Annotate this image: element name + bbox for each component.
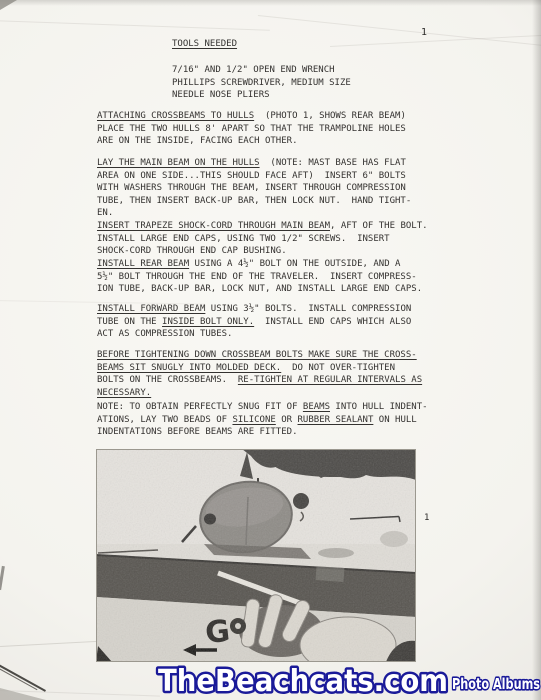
text-line: NOTE: TO OBTAIN PERFECTLY SNUG FIT OF BE… xyxy=(97,401,428,414)
text-segment: WITH WASHERS THROUGH THE BEAM, INSERT TH… xyxy=(97,183,406,193)
text-line: ION TUBE, BACK-UP BAR, LOCK NUT, AND INS… xyxy=(97,283,422,296)
text-segment: EN. xyxy=(97,208,113,218)
heading-text: TOOLS NEEDED xyxy=(172,39,237,49)
text-line: TUBE, THEN INSERT BACK-UP BAR, THEN LOCK… xyxy=(97,195,411,208)
text-line: PLACE THE TWO HULLS 8' APART SO THAT THE… xyxy=(97,123,406,136)
text-line: EN. xyxy=(97,207,411,220)
tool-item: 7/16" AND 1/2" OPEN END WRENCH xyxy=(172,64,351,77)
text-segment: ON HULL xyxy=(373,415,416,425)
text-line: AREA ON ONE SIDE...THIS SHOULD FACE AFT)… xyxy=(97,170,411,183)
text-segment: BEAMS xyxy=(303,402,330,412)
text-line: INSTALL FORWARD BEAM USING 3½" BOLTS. IN… xyxy=(97,303,411,316)
text-segment: INSTALL REAR BEAM xyxy=(97,259,189,269)
paragraph-trapeze-shockcord: INSERT TRAPEZE SHOCK-CORD THROUGH MAIN B… xyxy=(97,220,428,258)
paper-edge-shadow-top xyxy=(0,0,541,6)
watermark: TheBeachcats.com Photo Albums xyxy=(140,656,541,700)
text-segment: SHOCK-CORD THROUGH END CAP BUSHING. xyxy=(97,246,287,256)
text-segment: (NOTE: MAST BASE HAS FLAT xyxy=(260,158,406,168)
text-line: INSERT TRAPEZE SHOCK-CORD THROUGH MAIN B… xyxy=(97,220,428,233)
tools-list: 7/16" AND 1/2" OPEN END WRENCH PHILLIPS … xyxy=(172,64,351,102)
text-line: NECESSARY. xyxy=(97,387,422,400)
paragraph-forward-beam: INSTALL FORWARD BEAM USING 3½" BOLTS. IN… xyxy=(97,303,411,341)
tool-item: NEEDLE NOSE PLIERS xyxy=(172,89,351,102)
text-line: SHOCK-CORD THROUGH END CAP BUSHING. xyxy=(97,245,428,258)
scan-corner-mark xyxy=(0,688,46,700)
paragraph-note-sealant: NOTE: TO OBTAIN PERFECTLY SNUG FIT OF BE… xyxy=(97,401,428,439)
text-segment: INSTALL END CAPS WHICH ALSO xyxy=(254,317,411,327)
text-segment: ACT AS COMPRESSION TUBES. xyxy=(97,329,232,339)
text-line: ATIONS, LAY TWO BEADS OF SILICONE OR RUB… xyxy=(97,414,428,427)
scan-corner-mark xyxy=(0,0,17,10)
text-segment: ATTACHING CROSSBEAMS TO HULLS xyxy=(97,111,254,121)
text-segment: INSTALL LARGE END CAPS, USING TWO 1/2" S… xyxy=(97,234,390,244)
text-segment: AREA ON ONE SIDE...THIS SHOULD FACE AFT)… xyxy=(97,171,406,181)
tool-item: PHILLIPS SCREWDRIVER, MEDIUM SIZE xyxy=(172,77,351,90)
text-line: INDENTATIONS BEFORE BEAMS ARE FITTED. xyxy=(97,426,428,439)
text-segment: BEAMS SIT SNUGLY INTO MOLDED DECK. xyxy=(97,363,281,373)
text-segment: USING 3½" BOLTS. INSTALL COMPRESSION xyxy=(205,304,411,314)
text-segment: ARE ON THE INSIDE, FACING EACH OTHER. xyxy=(97,136,297,146)
text-segment: TUBE ON THE xyxy=(97,317,162,327)
photo-grain xyxy=(96,449,416,662)
text-line: ARE ON THE INSIDE, FACING EACH OTHER. xyxy=(97,135,406,148)
text-line: ATTACHING CROSSBEAMS TO HULLS (PHOTO 1, … xyxy=(97,110,406,123)
text-segment: OR xyxy=(276,415,298,425)
text-segment: INDENTATIONS BEFORE BEAMS ARE FITTED. xyxy=(97,427,297,437)
paragraph-before-tightening: BEFORE TIGHTENING DOWN CROSSBEAM BOLTS M… xyxy=(97,349,422,399)
text-segment: TUBE, THEN INSERT BACK-UP BAR, THEN LOCK… xyxy=(97,196,411,206)
text-segment: PLACE THE TWO HULLS 8' APART SO THAT THE… xyxy=(97,124,406,134)
text-line: ACT AS COMPRESSION TUBES. xyxy=(97,328,411,341)
paragraph-lay-main-beam: LAY THE MAIN BEAM ON THE HULLS (NOTE: MA… xyxy=(97,157,411,220)
text-segment: RUBBER SEALANT xyxy=(298,415,374,425)
page-number: 1 xyxy=(421,27,427,38)
text-segment: INSTALL FORWARD BEAM xyxy=(97,304,205,314)
text-segment: INSERT TRAPEZE SHOCK-CORD THROUGH MAIN B… xyxy=(97,221,330,231)
text-line: BEAMS SIT SNUGLY INTO MOLDED DECK. DO NO… xyxy=(97,362,422,375)
text-segment: USING A 4½" BOLT ON THE OUTSIDE, AND A xyxy=(189,259,400,269)
text-line: 5½" BOLT THROUGH THE END OF THE TRAVELER… xyxy=(97,271,422,284)
text-segment: , AFT OF THE BOLT. xyxy=(330,221,428,231)
text-line: INSTALL REAR BEAM USING A 4½" BOLT ON TH… xyxy=(97,258,422,271)
paper-edge-shadow-right xyxy=(532,0,541,700)
text-segment: DO NOT OVER-TIGHTEN xyxy=(281,363,395,373)
text-segment: ATIONS, LAY TWO BEADS OF xyxy=(97,415,232,425)
watermark-site-text: TheBeachcats.com xyxy=(158,664,448,699)
text-segment: RE-TIGHTEN AT REGULAR INTERVALS AS xyxy=(238,375,422,385)
text-segment: SILICONE xyxy=(232,415,275,425)
text-segment: INTO HULL INDENT- xyxy=(330,402,428,412)
section-heading: TOOLS NEEDED xyxy=(172,38,237,51)
paragraph-rear-beam: INSTALL REAR BEAM USING A 4½" BOLT ON TH… xyxy=(97,258,422,296)
text-line: BOLTS ON THE CROSSBEAMS. RE-TIGHTEN AT R… xyxy=(97,374,422,387)
text-segment: NECESSARY. xyxy=(97,388,151,398)
text-line: BEFORE TIGHTENING DOWN CROSSBEAM BOLTS M… xyxy=(97,349,422,362)
paragraph-attaching-crossbeams: ATTACHING CROSSBEAMS TO HULLS (PHOTO 1, … xyxy=(97,110,406,148)
text-segment: LAY THE MAIN BEAM ON THE HULLS xyxy=(97,158,260,168)
text-segment: (PHOTO 1, SHOWS REAR BEAM) xyxy=(254,111,406,121)
text-segment: INSIDE BOLT ONLY. xyxy=(162,317,254,327)
text-segment: ION TUBE, BACK-UP BAR, LOCK NUT, AND INS… xyxy=(97,284,422,294)
text-segment: BOLTS ON THE CROSSBEAMS. xyxy=(97,375,238,385)
watermark-albums-text: Photo Albums xyxy=(452,675,540,693)
text-segment: BEFORE TIGHTENING DOWN CROSSBEAM BOLTS M… xyxy=(97,350,417,360)
text-line: LAY THE MAIN BEAM ON THE HULLS (NOTE: MA… xyxy=(97,157,411,170)
scanned-page: 1 TOOLS NEEDED 7/16" AND 1/2" OPEN END W… xyxy=(0,0,541,700)
text-line: INSTALL LARGE END CAPS, USING TWO 1/2" S… xyxy=(97,233,428,246)
instruction-photo: G xyxy=(96,449,416,662)
text-line: WITH WASHERS THROUGH THE BEAM, INSERT TH… xyxy=(97,182,411,195)
text-line: TUBE ON THE INSIDE BOLT ONLY. INSTALL EN… xyxy=(97,316,411,329)
photo-number-label: 1 xyxy=(424,513,429,523)
text-segment: 5½" BOLT THROUGH THE END OF THE TRAVELER… xyxy=(97,272,417,282)
text-segment: NOTE: TO OBTAIN PERFECTLY SNUG FIT OF xyxy=(97,402,303,412)
